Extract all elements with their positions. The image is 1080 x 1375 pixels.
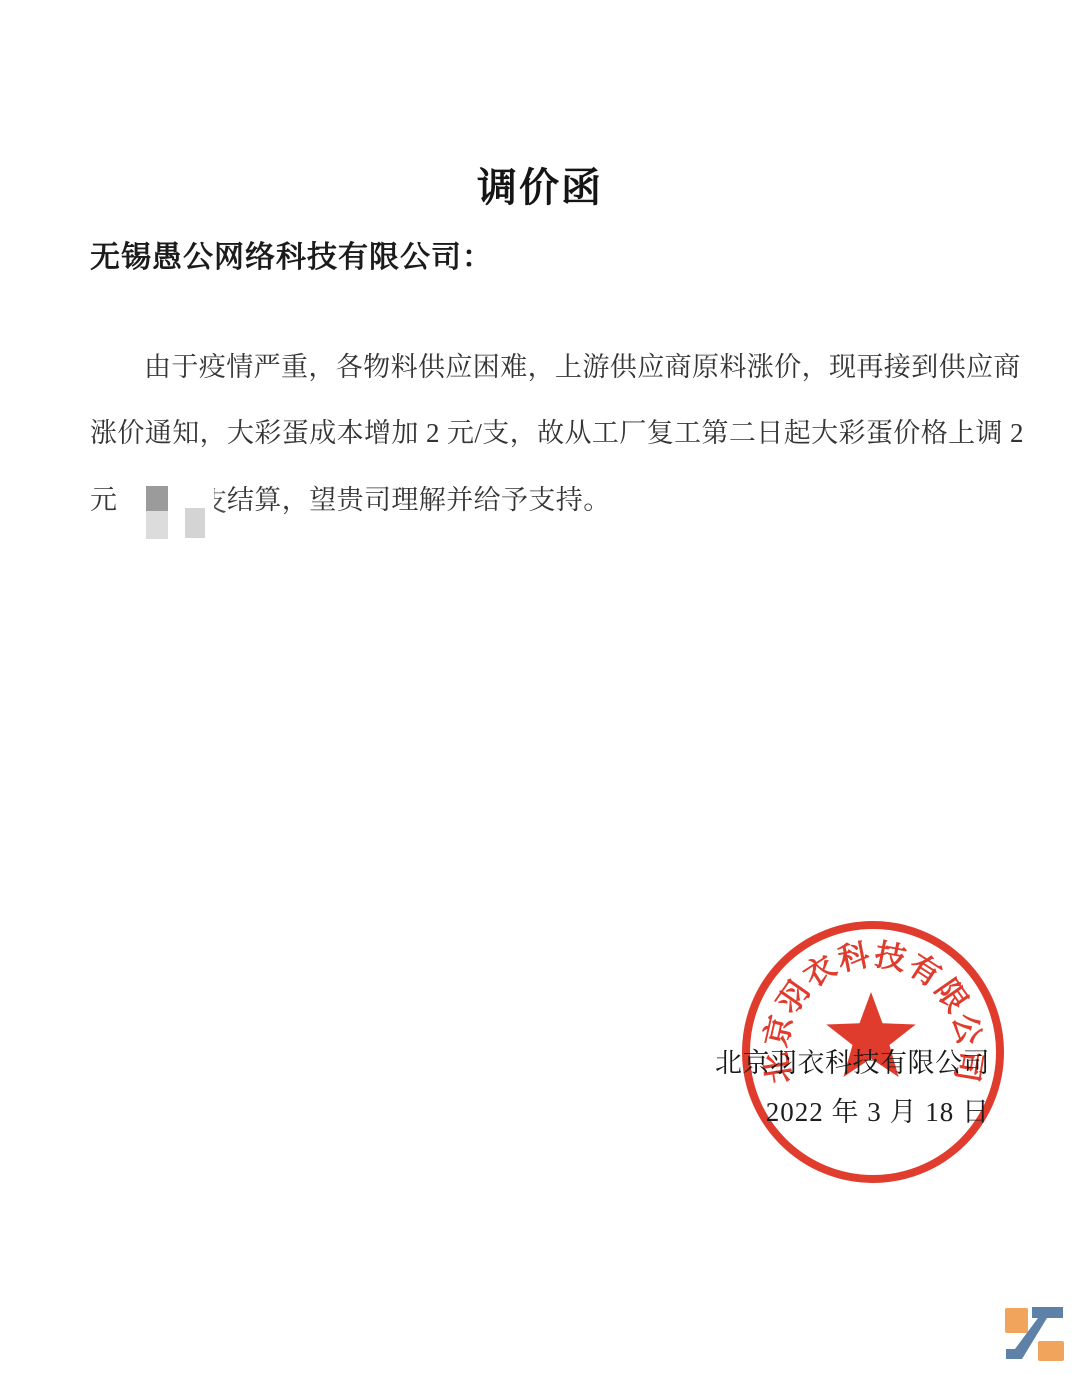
letter-title: 调价函 [0, 166, 1080, 210]
z-logo-icon [1002, 1302, 1066, 1364]
redaction-block-light [185, 508, 205, 538]
body-line-2: 涨价通知，大彩蛋成本增加 2 元/支，故从工厂复工第二日起大彩蛋价格上调 2 [90, 417, 1002, 450]
signature-block: 北京羽衣科技有限公司 2022 年 3 月 18 日 [715, 1046, 990, 1128]
signature-date: 2022 年 3 月 18 日 [715, 1096, 990, 1128]
body-line-3: 元 支 结算，望贵司理解并给予支持。 [90, 484, 1002, 544]
redaction-block-dark [146, 486, 168, 539]
redacted-char-fragment: 支 [214, 486, 227, 516]
signature-company: 北京羽衣科技有限公司 [715, 1046, 990, 1080]
recipient-line: 无锡愚公网络科技有限公司： [90, 241, 493, 275]
body-line-3-start: 元 [90, 485, 117, 515]
z-logo-orange-bottom [1038, 1341, 1064, 1361]
body-line-1: 由于疫情严重，各物料供应困难，上游供应商原料涨价，现再接到供应商 [90, 351, 1056, 384]
document-page: 调价函 无锡愚公网络科技有限公司： 由于疫情严重，各物料供应困难，上游供应商原料… [0, 0, 1080, 1375]
body-line-3-end: 结算，望贵司理解并给予支持。 [227, 484, 611, 517]
z-logo-orange-top [1005, 1308, 1028, 1333]
